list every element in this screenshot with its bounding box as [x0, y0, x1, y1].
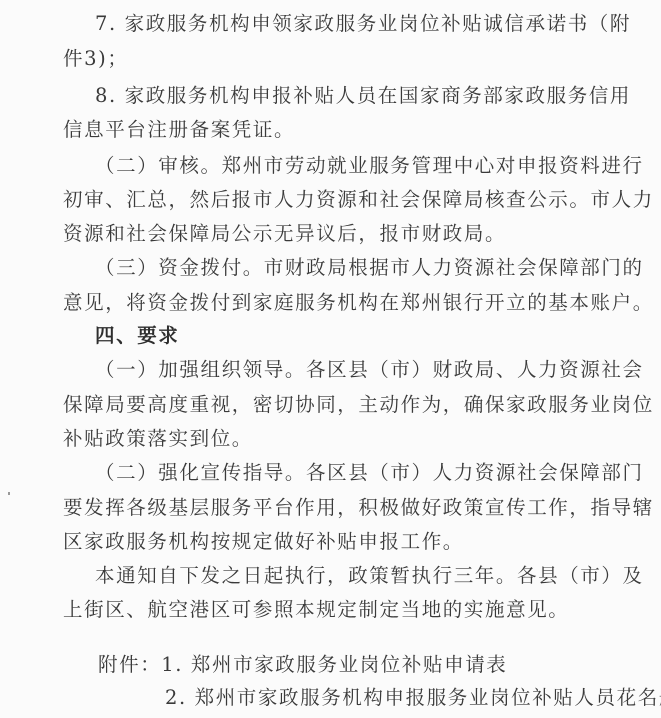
text-line: 要发挥各级基层服务平台作用，积极做好政策宣传工作，指导辖: [63, 496, 654, 520]
text-line: 2. 郑州市家政服务机构申报服务业岗位补贴人员花名册: [165, 686, 661, 710]
text-line: 初审、汇总，然后报市人力资源和社会保障局核查公示。市人力: [63, 188, 654, 212]
text-line: （三）资金拨付。市财政局根据市人力资源社会保障部门的: [95, 256, 644, 280]
text-line: 8. 家政服务机构申报补贴人员在国家商务部家政服务信用: [95, 84, 631, 108]
text-line: 本通知自下发之日起执行，政策暂执行三年。各县（市）及: [95, 564, 644, 588]
text-line: （二）审核。郑州市劳动就业服务管理中心对申报资料进行: [95, 154, 644, 178]
text-line: 保障局要高度重视，密切协同，主动作为，确保家政服务业岗位: [63, 393, 654, 417]
text-line: 意见，将资金拨付到家庭服务机构在郑州银行开立的基本账户。: [63, 291, 654, 315]
text-line: 附件：1. 郑州市家政服务业岗位补贴申请表: [98, 653, 507, 677]
text-line: （二）强化宣传指导。各区县（市）人力资源社会保障部门: [95, 461, 644, 485]
text-line: 补贴政策落实到位。: [63, 427, 253, 451]
text-line: 件3)；: [63, 47, 128, 71]
text-line: 资源和社会保障局公示无异议后，报市财政局。: [63, 222, 506, 246]
section-heading: 四、要求: [95, 324, 179, 348]
text-line: （一）加强组织领导。各区县（市）财政局、人力资源社会: [95, 358, 644, 382]
scan-speck: [8, 492, 10, 495]
text-line: 区家政服务机构按规定做好补贴申报工作。: [63, 530, 464, 554]
text-line: 上街区、航空港区可参照本规定制定当地的实施意见。: [63, 598, 569, 622]
text-line: 信息平台注册备案凭证。: [63, 118, 295, 142]
text-line: 7. 家政服务机构申领家政服务业岗位补贴诚信承诺书（附: [95, 12, 631, 36]
